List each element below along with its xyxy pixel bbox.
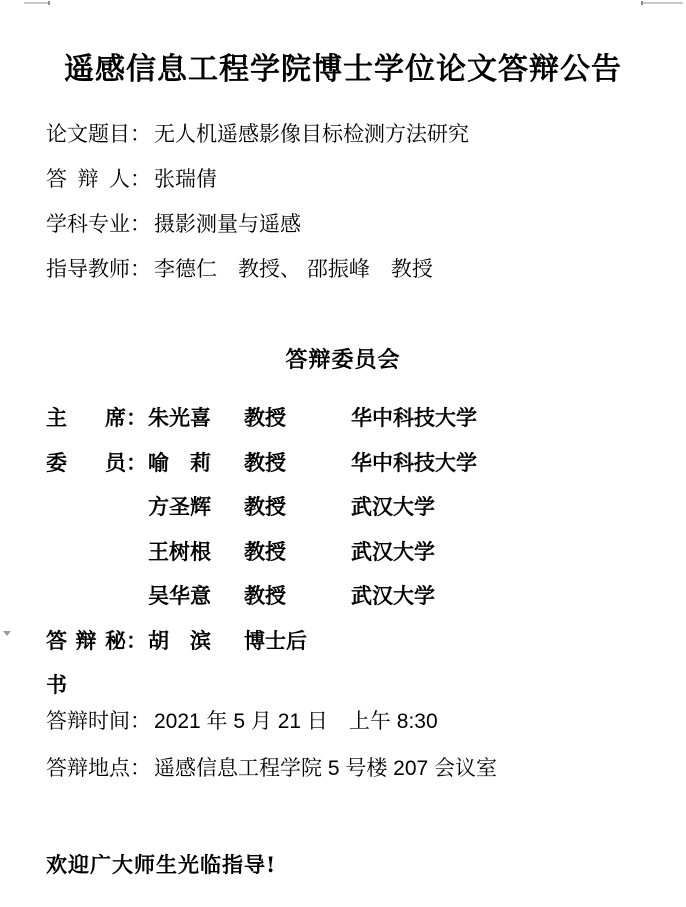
member-role-text: 答辩秘书	[46, 619, 126, 708]
field-value: 李德仁 教授、 邵振峰 教授	[154, 247, 433, 292]
field-label-text: 论文题目	[46, 112, 130, 157]
defense-announcement-page: 遥感信息工程学院博士学位论文答辩公告 论文题目： 无人机遥感影像目标检测方法研究…	[0, 0, 686, 907]
field-label-text: 指导教师	[46, 247, 130, 292]
member-name: 朱光喜	[148, 396, 244, 441]
field-label: 答辩地点：	[46, 745, 154, 792]
member-title: 教授	[244, 441, 351, 486]
member-role-text: 主席	[46, 396, 126, 441]
member-name-text: 胡滨	[148, 619, 211, 664]
member-role: 答辩秘书：	[46, 619, 148, 708]
member-name-text: 吴华意	[148, 574, 211, 619]
field-label-text: 答辩地点	[46, 745, 130, 792]
committee-heading: 答辩委员会	[0, 343, 686, 374]
field-label: 答辩人：	[46, 157, 154, 202]
colon: ：	[130, 202, 151, 247]
info-row-thesis-title: 论文题目： 无人机遥感影像目标检测方法研究	[46, 112, 666, 157]
colon: ：	[130, 698, 151, 745]
member-role-text: 委员	[46, 441, 126, 486]
page-title: 遥感信息工程学院博士学位论文答辩公告	[0, 44, 686, 88]
colon: ：	[126, 396, 147, 441]
field-label: 答辩时间：	[46, 698, 154, 745]
colon: ：	[130, 157, 151, 202]
member-name: 吴华意	[148, 574, 244, 619]
top-right-ruler-fragment	[641, 2, 683, 4]
field-value: 遥感信息工程学院 5 号楼 207 会议室	[154, 745, 497, 792]
member-name-text: 王树根	[148, 530, 211, 575]
field-label: 学科专业：	[46, 202, 154, 247]
member-affiliation: 华中科技大学	[351, 441, 666, 486]
member-title: 教授	[244, 530, 351, 575]
field-label-text: 答辩人	[46, 157, 130, 202]
member-title: 教授	[244, 396, 351, 441]
colon: ：	[130, 745, 151, 792]
member-title: 博士后	[244, 619, 351, 664]
schedule-section: 答辩时间： 2021 年 5 月 21 日 上午 8:30 答辩地点： 遥感信息…	[46, 698, 666, 792]
info-row-major: 学科专业： 摄影测量与遥感	[46, 202, 666, 247]
field-value: 张瑞倩	[154, 157, 217, 202]
committee-row-secretary: 答辩秘书： 胡滨 博士后	[46, 619, 666, 664]
field-label: 指导教师：	[46, 247, 154, 292]
member-name-text: 喻莉	[148, 441, 211, 486]
info-row-advisors: 指导教师： 李德仁 教授、 邵振峰 教授	[46, 247, 666, 292]
member-affiliation: 武汉大学	[351, 530, 666, 575]
field-value: 无人机遥感影像目标检测方法研究	[154, 112, 469, 157]
colon: ：	[130, 112, 151, 157]
closing-welcome-line: 欢迎广大师生光临指导!	[46, 849, 276, 879]
member-name-text: 方圣辉	[148, 485, 211, 530]
member-name: 喻莉	[148, 441, 244, 486]
info-row-defender: 答辩人： 张瑞倩	[46, 157, 666, 202]
outline-collapse-arrow-icon[interactable]	[3, 631, 11, 636]
schedule-row-location: 答辩地点： 遥感信息工程学院 5 号楼 207 会议室	[46, 745, 666, 792]
member-affiliation: 武汉大学	[351, 485, 666, 530]
member-role: 主席：	[46, 396, 148, 441]
ruler-tick	[641, 1, 643, 5]
colon: ：	[126, 619, 147, 664]
colon: ：	[130, 247, 151, 292]
member-affiliation: 华中科技大学	[351, 396, 666, 441]
member-name: 王树根	[148, 530, 244, 575]
committee-section: 主席： 朱光喜 教授 华中科技大学 委员： 喻莉 教授 华中科技大学 方圣辉 教…	[46, 396, 666, 663]
committee-row-chair: 主席： 朱光喜 教授 华中科技大学	[46, 396, 666, 441]
member-affiliation: 武汉大学	[351, 574, 666, 619]
thesis-info-section: 论文题目： 无人机遥感影像目标检测方法研究 答辩人： 张瑞倩 学科专业： 摄影测…	[46, 112, 666, 292]
committee-row-member: 吴华意 教授 武汉大学	[46, 574, 666, 619]
member-name-text: 朱光喜	[148, 396, 211, 441]
colon: ：	[126, 441, 147, 486]
ruler-tick	[48, 1, 50, 5]
member-name: 胡滨	[148, 619, 244, 664]
member-title: 教授	[244, 574, 351, 619]
schedule-row-time: 答辩时间： 2021 年 5 月 21 日 上午 8:30	[46, 698, 666, 745]
committee-row-member: 委员： 喻莉 教授 华中科技大学	[46, 441, 666, 486]
field-label: 论文题目：	[46, 112, 154, 157]
field-label-text: 学科专业	[46, 202, 130, 247]
member-title: 教授	[244, 485, 351, 530]
field-label-text: 答辩时间	[46, 698, 130, 745]
member-role: 委员：	[46, 441, 148, 486]
field-value: 2021 年 5 月 21 日 上午 8:30	[154, 698, 438, 745]
committee-row-member: 方圣辉 教授 武汉大学	[46, 485, 666, 530]
member-name: 方圣辉	[148, 485, 244, 530]
top-left-ruler-fragment	[24, 2, 50, 4]
committee-row-member: 王树根 教授 武汉大学	[46, 530, 666, 575]
field-value: 摄影测量与遥感	[154, 202, 301, 247]
